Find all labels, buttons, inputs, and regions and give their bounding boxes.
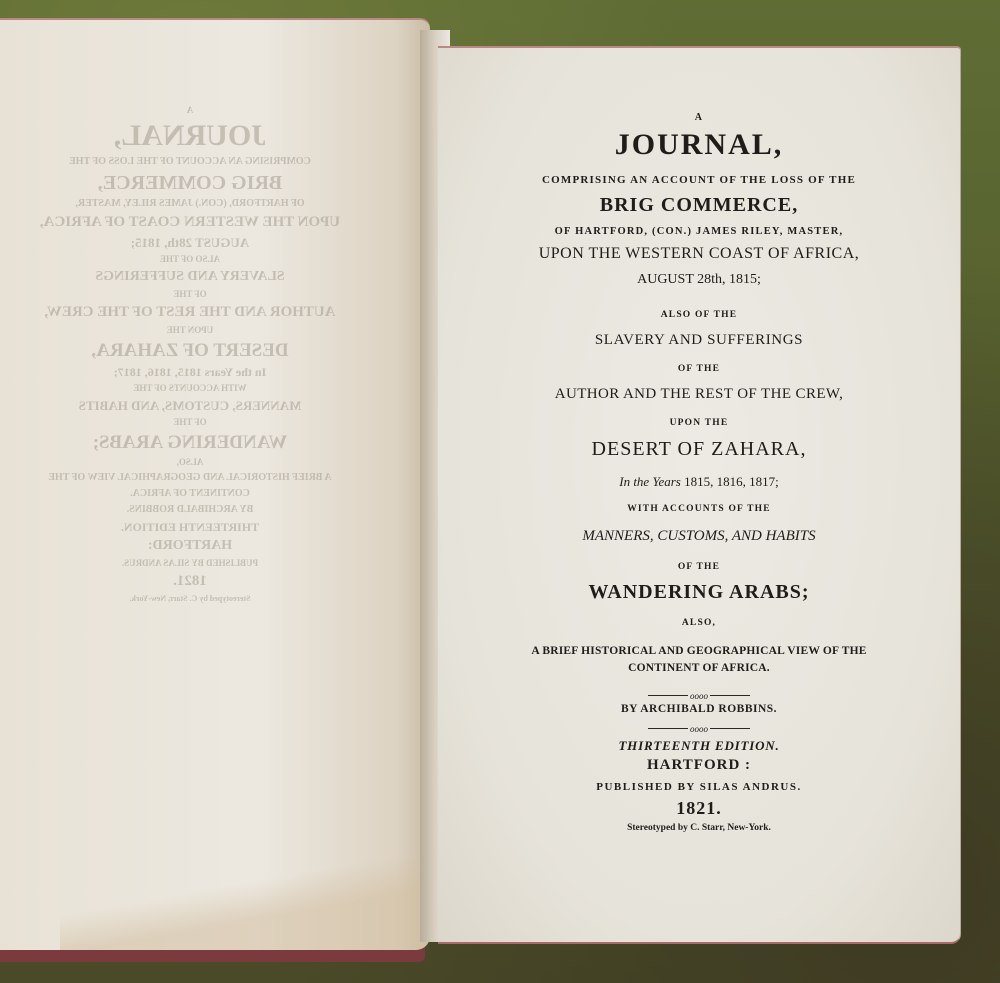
ghost-line: ALSO OF THE [0,255,430,264]
ghost-line: OF THE [0,290,430,299]
years-list: 1815, 1816, 1817; [684,474,779,489]
main-title: JOURNAL, [438,128,960,162]
line-also-of-the: ALSO OF THE [438,310,960,320]
ghost-line: AUGUST 28th, 1815; [0,236,430,249]
ghost-line: BRIG COMMERCE, [0,173,430,193]
ghost-line: MANNERS, CUSTOMS, AND HABITS [0,399,430,412]
ghost-line: SLAVERY AND SUFFERINGS [0,270,430,284]
ghost-line: In the Years 1815, 1816, 1817; [0,366,430,378]
years-prefix: In the Years [619,474,681,489]
ghost-line: THIRTEENTH EDITION. [0,521,430,533]
ghost-line: PUBLISHED BY SILAS ANDRUS. [0,559,430,568]
ghost-line: A [0,106,430,115]
ghost-line: COMPRISING AN ACCOUNT OF THE LOSS OF THE [0,157,430,167]
ghost-line: BY ARCHIBALD ROBBINS. [0,505,430,515]
line-with-accounts: WITH ACCOUNTS OF THE [438,504,960,514]
line-of-the-1: OF THE [438,364,960,374]
ghost-line: CONTINENT OF AFRICA. [0,489,430,499]
ghost-line: DESERT OF ZAHARA, [0,341,430,360]
water-stain [60,860,430,950]
ghost-line: Stereotyped by C. Starr, New-York. [0,595,430,603]
ghost-line: OF HARTFORD, (CON.) JAMES RILEY, MASTER, [0,199,430,209]
ghost-line: 1821. [0,574,430,589]
line-brief-view-1: A BRIEF HISTORICAL AND GEOGRAPHICAL VIEW… [438,645,960,657]
stereotype-credit: Stereotyped by C. Starr, New-York. [438,823,960,833]
ghost-line: WANDERING ARABS; [0,433,430,452]
left-page-verso: A JOURNAL, COMPRISING AN ACCOUNT OF THE … [0,18,430,950]
edition: THIRTEENTH EDITION. [438,738,960,754]
ghost-line: UPON THE WESTERN COAST OF AFRICA, [0,215,430,230]
line-also: ALSO, [438,618,960,628]
line-manners: MANNERS, CUSTOMS, AND HABITS [438,528,960,545]
author-line: BY ARCHIBALD ROBBINS. [438,703,960,715]
line-hartford: OF HARTFORD, (CON.) JAMES RILEY, MASTER, [438,226,960,237]
line-arabs: WANDERING ARABS; [438,581,960,604]
line-coast: UPON THE WESTERN COAST OF AFRICA, [438,245,960,263]
line-author-crew: AUTHOR AND THE REST OF THE CREW, [438,386,960,403]
ornament: oooo [690,691,708,701]
show-through-text: A JOURNAL, COMPRISING AN ACCOUNT OF THE … [0,100,430,609]
title-article: A [438,112,960,123]
ornament: oooo [690,724,708,734]
ornament-rule-1: oooo [438,686,960,704]
ghost-line: JOURNAL, [0,121,430,151]
ghost-line: AUTHOR AND THE REST OF THE CREW, [0,305,430,320]
ghost-line: ALSO, [0,458,430,467]
ghost-line: OF THE [0,418,430,427]
line-slavery: SLAVERY AND SUFFERINGS [438,332,960,349]
year: 1821. [438,798,960,819]
city: HARTFORD : [438,757,960,774]
title-page: A JOURNAL, COMPRISING AN ACCOUNT OF THE … [438,46,961,944]
line-of-the-2: OF THE [438,562,960,572]
line-brief-view-2: CONTINENT OF AFRICA. [438,662,960,674]
ghost-line: UPON THE [0,326,430,335]
line-years: In the Years 1815, 1816, 1817; [438,474,960,490]
ghost-line: A BRIEF HISTORICAL AND GEOGRAPHICAL VIEW… [0,473,430,483]
line-desert: DESERT OF ZAHARA, [438,438,960,461]
subtitle-comprising: COMPRISING AN ACCOUNT OF THE LOSS OF THE [438,174,960,186]
publisher: PUBLISHED BY SILAS ANDRUS. [438,781,960,793]
ship-name: BRIG COMMERCE, [438,194,960,217]
wreck-date: AUGUST 28th, 1815; [438,272,960,288]
ghost-line: HARTFORD: [0,539,430,553]
ghost-line: WITH ACCOUNTS OF THE [0,384,430,393]
line-upon-the: UPON THE [438,418,960,428]
ornament-rule-2: oooo [438,719,960,737]
